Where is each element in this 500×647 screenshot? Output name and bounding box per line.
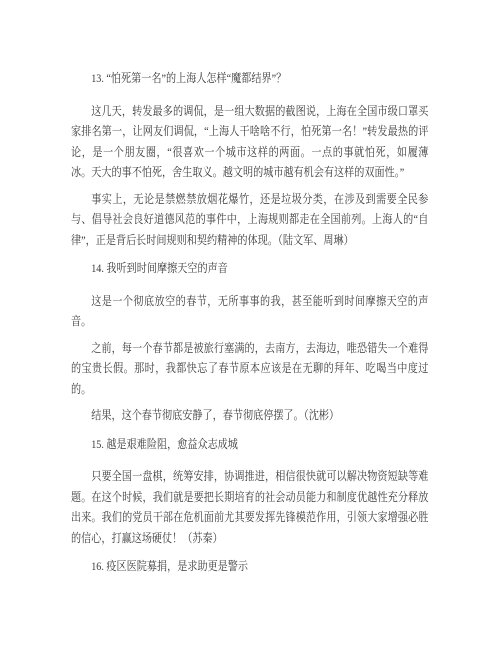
section-13: 13. “怕死第一名”的上海人怎样“魔都结界”？ 这几天，转发最多的调侃，是一组… <box>71 68 428 250</box>
paragraph: 这是一个彻底放空的春节，无所事事的我，甚至能听到时间摩擦天空的声音。 <box>71 291 428 332</box>
section-heading: 15. 越是艰难险阻，愈益众志成城 <box>71 434 428 455</box>
paragraph: 结果，这个春节彻底安静了，春节彻底停摆了。（沈彬） <box>71 405 428 426</box>
document-page: 13. “怕死第一名”的上海人怎样“魔都结界”？ 这几天，转发最多的调侃，是一组… <box>0 0 500 647</box>
section-14: 14. 我听到时间摩擦天空的声音 这是一个彻底放空的春节，无所事事的我，甚至能听… <box>71 258 428 426</box>
paragraph: 这几天，转发最多的调侃，是一组大数据的截图说，上海在全国市级口罩买家排名第一，让… <box>71 101 428 183</box>
section-heading: 13. “怕死第一名”的上海人怎样“魔都结界”？ <box>71 68 428 89</box>
section-heading: 16. 疫区医院募捐，是求助更是警示 <box>71 556 428 577</box>
section-heading: 14. 我听到时间摩擦天空的声音 <box>71 258 428 279</box>
paragraph: 只要全国一盘棋，统筹安排，协调推进，相信很快就可以解决物资短缺等难题。在这个时候… <box>71 466 428 548</box>
paragraph: 事实上，无论是禁燃禁放烟花爆竹，还是垃圾分类，在涉及到需要全民参与、倡导社会良好… <box>71 189 428 251</box>
section-15: 15. 越是艰难险阻，愈益众志成城 只要全国一盘棋，统筹安排，协调推进，相信很快… <box>71 434 428 549</box>
section-16: 16. 疫区医院募捐，是求助更是警示 <box>71 556 428 577</box>
document-content: 13. “怕死第一名”的上海人怎样“魔都结界”？ 这几天，转发最多的调侃，是一组… <box>71 0 428 589</box>
paragraph: 之前，每一个春节都是被旅行塞满的，去南方，去海边，唯恐错失一个难得的宝贵长假。那… <box>71 338 428 400</box>
